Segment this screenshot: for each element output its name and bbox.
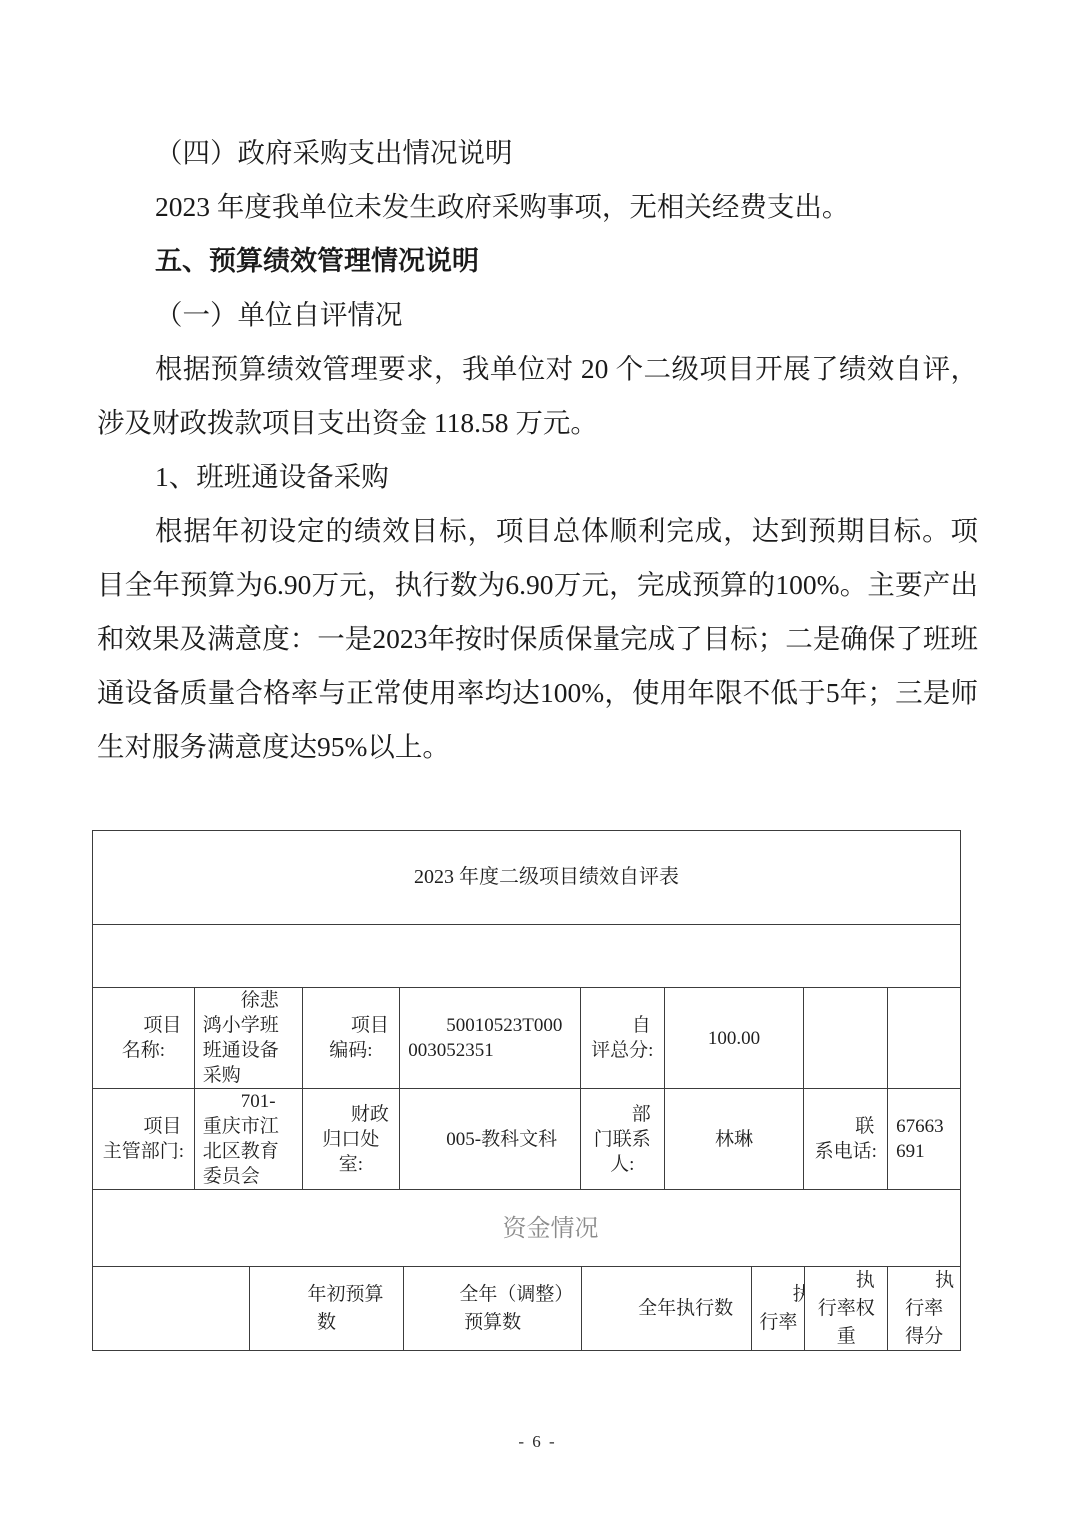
funds-col-exec-rate-weight: 执行率权重 [811, 1267, 881, 1350]
phone-value-cell: 67663691 [887, 1089, 960, 1189]
phone-label: 联系电话: [812, 1114, 879, 1164]
table-spacer-row [93, 924, 960, 987]
funds-col-exec-rate-score-cell: 执行率得分 [887, 1267, 960, 1350]
self-score-value-cell: 100.00 [664, 988, 804, 1088]
document-body: （四）政府采购支出情况说明 2023 年度我单位未发生政府采购事项，无相关经费支… [97, 126, 978, 774]
dept-label-cell: 项目主管部门: [93, 1089, 194, 1189]
heading-subsection-1: （一）单位自评情况 [97, 288, 978, 342]
project-code-label-cell: 项目编码: [302, 988, 400, 1088]
table-title-row: 2023 年度二级项目绩效自评表 [93, 831, 960, 924]
funds-col-executed-cell: 全年执行数 [581, 1267, 752, 1350]
project-code-value-cell: 50010523T000003052351 [399, 988, 580, 1088]
dept-value-cell: 701-重庆市江北区教育委员会 [194, 1089, 302, 1189]
contact-value-cell: 林琳 [664, 1089, 804, 1189]
self-score-label: 自评总分: [589, 1013, 656, 1063]
funds-section-row: 资金情况 [93, 1189, 960, 1266]
document-page: （四）政府采购支出情况说明 2023 年度我单位未发生政府采购事项，无相关经费支… [0, 0, 1075, 1520]
funds-col-exec-rate-weight-cell: 执行率权重 [804, 1267, 887, 1350]
heading-section-5: 五、预算绩效管理情况说明 [97, 234, 978, 288]
heading-project-1: 1、班班通设备采购 [97, 450, 978, 504]
table-spacer-cell [93, 925, 960, 987]
paragraph-project-1-result: 根据年初设定的绩效目标，项目总体顺利完成，达到预期目标。项目全年预算为6.90万… [97, 504, 978, 774]
paragraph-self-evaluation: 根据预算绩效管理要求，我单位对 20 个二级项目开展了绩效自评，涉及财政拨款项目… [97, 342, 978, 450]
phone-value: 67663691 [896, 1114, 952, 1164]
project-name-value: 徐悲鸿小学班班通设备采购 [203, 988, 294, 1088]
funds-section-title: 资金情况 [101, 1216, 952, 1241]
dept-value: 701-重庆市江北区教育委员会 [203, 1089, 294, 1189]
self-score-label-cell: 自评总分: [580, 988, 664, 1088]
project-name-label-cell: 项目名称: [93, 988, 194, 1088]
project-name-label: 项目名称: [101, 1013, 186, 1063]
project-row-empty-cell-2 [887, 988, 960, 1088]
funds-header-row: 年初预算数 全年（调整）预算数 全年执行数 执行率 执行率权重 执行率得分 [93, 1266, 960, 1350]
dept-info-row: 项目主管部门: 701-重庆市江北区教育委员会 财政归口处室: 005-教科文科… [93, 1088, 960, 1189]
funds-col-executed: 全年执行数 [590, 1295, 744, 1323]
page-footer: - 6 - [0, 1432, 1075, 1452]
phone-label-cell: 联系电话: [803, 1089, 887, 1189]
project-code-label: 项目编码: [311, 1013, 392, 1063]
self-score-value: 100.00 [673, 1026, 796, 1051]
funds-col-adjusted-budget: 全年（调整）预算数 [418, 1281, 567, 1337]
table-title: 2023 年度二级项目绩效自评表 [101, 865, 952, 890]
finance-office-label: 财政归口处室: [311, 1102, 392, 1177]
funds-section-cell: 资金情况 [93, 1190, 960, 1266]
project-info-row: 项目名称: 徐悲鸿小学班班通设备采购 项目编码: 50010523T000003… [93, 987, 960, 1088]
finance-office-value: 005-教科文科 [408, 1127, 572, 1152]
contact-value: 林琳 [673, 1127, 796, 1152]
project-code-value: 50010523T000003052351 [408, 1013, 572, 1063]
funds-col-initial-budget: 年初预算数 [264, 1281, 390, 1337]
project-row-empty-cell-1 [803, 988, 887, 1088]
funds-col-initial-budget-cell: 年初预算数 [249, 1267, 404, 1350]
project-name-value-cell: 徐悲鸿小学班班通设备采购 [194, 988, 302, 1088]
dept-label: 项目主管部门: [101, 1114, 186, 1164]
self-evaluation-table: 2023 年度二级项目绩效自评表 项目名称: 徐悲鸿小学班班通设备采购 项目编码… [92, 830, 961, 1351]
contact-label-cell: 部门联系人: [580, 1089, 664, 1189]
funds-col-empty-cell [93, 1267, 249, 1350]
page-number: - 6 - [518, 1432, 556, 1451]
funds-col-exec-rate: 执行率 [754, 1281, 802, 1337]
heading-section-4: （四）政府采购支出情况说明 [97, 126, 978, 180]
paragraph-procurement: 2023 年度我单位未发生政府采购事项，无相关经费支出。 [97, 180, 978, 234]
contact-label: 部门联系人: [589, 1102, 656, 1177]
funds-col-exec-rate-cell: 执行率 [751, 1267, 804, 1350]
funds-col-exec-rate-score: 执行率得分 [897, 1267, 951, 1350]
finance-office-label-cell: 财政归口处室: [302, 1089, 400, 1189]
funds-col-adjusted-budget-cell: 全年（调整）预算数 [403, 1267, 581, 1350]
finance-office-value-cell: 005-教科文科 [399, 1089, 580, 1189]
table-title-cell: 2023 年度二级项目绩效自评表 [93, 831, 960, 924]
